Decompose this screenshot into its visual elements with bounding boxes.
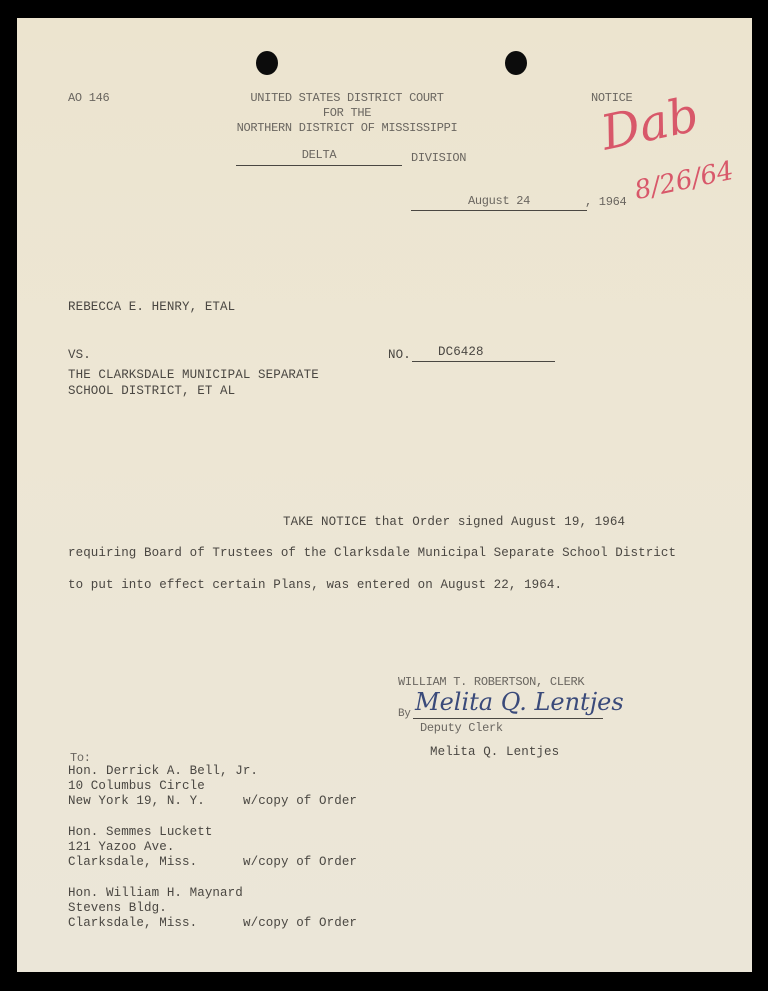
signature-line	[413, 718, 603, 719]
notice-date: August 24	[411, 194, 587, 209]
by-label: By	[398, 707, 411, 722]
deputy-clerk-title: Deputy Clerk	[420, 721, 503, 736]
notice-body-line3: to put into effect certain Plans, was en…	[68, 578, 562, 593]
defendant-line1: THE CLARKSDALE MUNICIPAL SEPARATE	[68, 368, 319, 383]
recipient-address1: 121 Yazoo Ave.	[68, 840, 174, 855]
deputy-clerk-name: Melita Q. Lentjes	[430, 745, 559, 760]
recipient-copy-note: w/copy of Order	[243, 916, 357, 931]
form-number: AO 146	[68, 91, 109, 106]
division-underline	[236, 165, 402, 166]
court-name-line2: FOR THE	[197, 106, 497, 121]
versus: VS.	[68, 348, 91, 363]
plaintiff: REBECCA E. HENRY, ETAL	[68, 300, 235, 315]
recipient-name: Hon. Semmes Luckett	[68, 825, 212, 840]
recipient-address2: New York 19, N. Y.	[68, 794, 205, 809]
punch-hole-left	[256, 51, 278, 75]
date-underline	[411, 210, 587, 211]
division-label: DIVISION	[411, 151, 466, 166]
recipient-copy-note: w/copy of Order	[243, 855, 357, 870]
recipient-address2: Clarksdale, Miss.	[68, 916, 197, 931]
court-name-line3: NORTHERN DISTRICT OF MISSISSIPPI	[197, 121, 497, 136]
case-number: DC6428	[438, 345, 484, 360]
recipient-address2: Clarksdale, Miss.	[68, 855, 197, 870]
case-number-label: NO.	[388, 348, 411, 363]
handwritten-date: 8/26/64	[632, 156, 736, 206]
punch-hole-right	[505, 51, 527, 75]
recipient-copy-note: w/copy of Order	[243, 794, 357, 809]
notice-year: , 1964	[585, 195, 626, 210]
document-page: AO 146 UNITED STATES DISTRICT COURT FOR …	[17, 18, 752, 972]
recipient-name: Hon. Derrick A. Bell, Jr.	[68, 764, 258, 779]
handwritten-signature: Melita Q. Lentjes	[415, 688, 624, 716]
notice-body-line2: requiring Board of Trustees of the Clark…	[68, 546, 676, 561]
recipient-address1: Stevens Bldg.	[68, 901, 167, 916]
recipient-name: Hon. William H. Maynard	[68, 886, 243, 901]
defendant-line2: SCHOOL DISTRICT, ET AL	[68, 384, 235, 399]
court-name-line1: UNITED STATES DISTRICT COURT	[197, 91, 497, 106]
case-number-underline	[412, 361, 555, 362]
recipient-address1: 10 Columbus Circle	[68, 779, 205, 794]
notice-body-line1: TAKE NOTICE that Order signed August 19,…	[283, 515, 625, 530]
division-name: DELTA	[236, 148, 402, 163]
